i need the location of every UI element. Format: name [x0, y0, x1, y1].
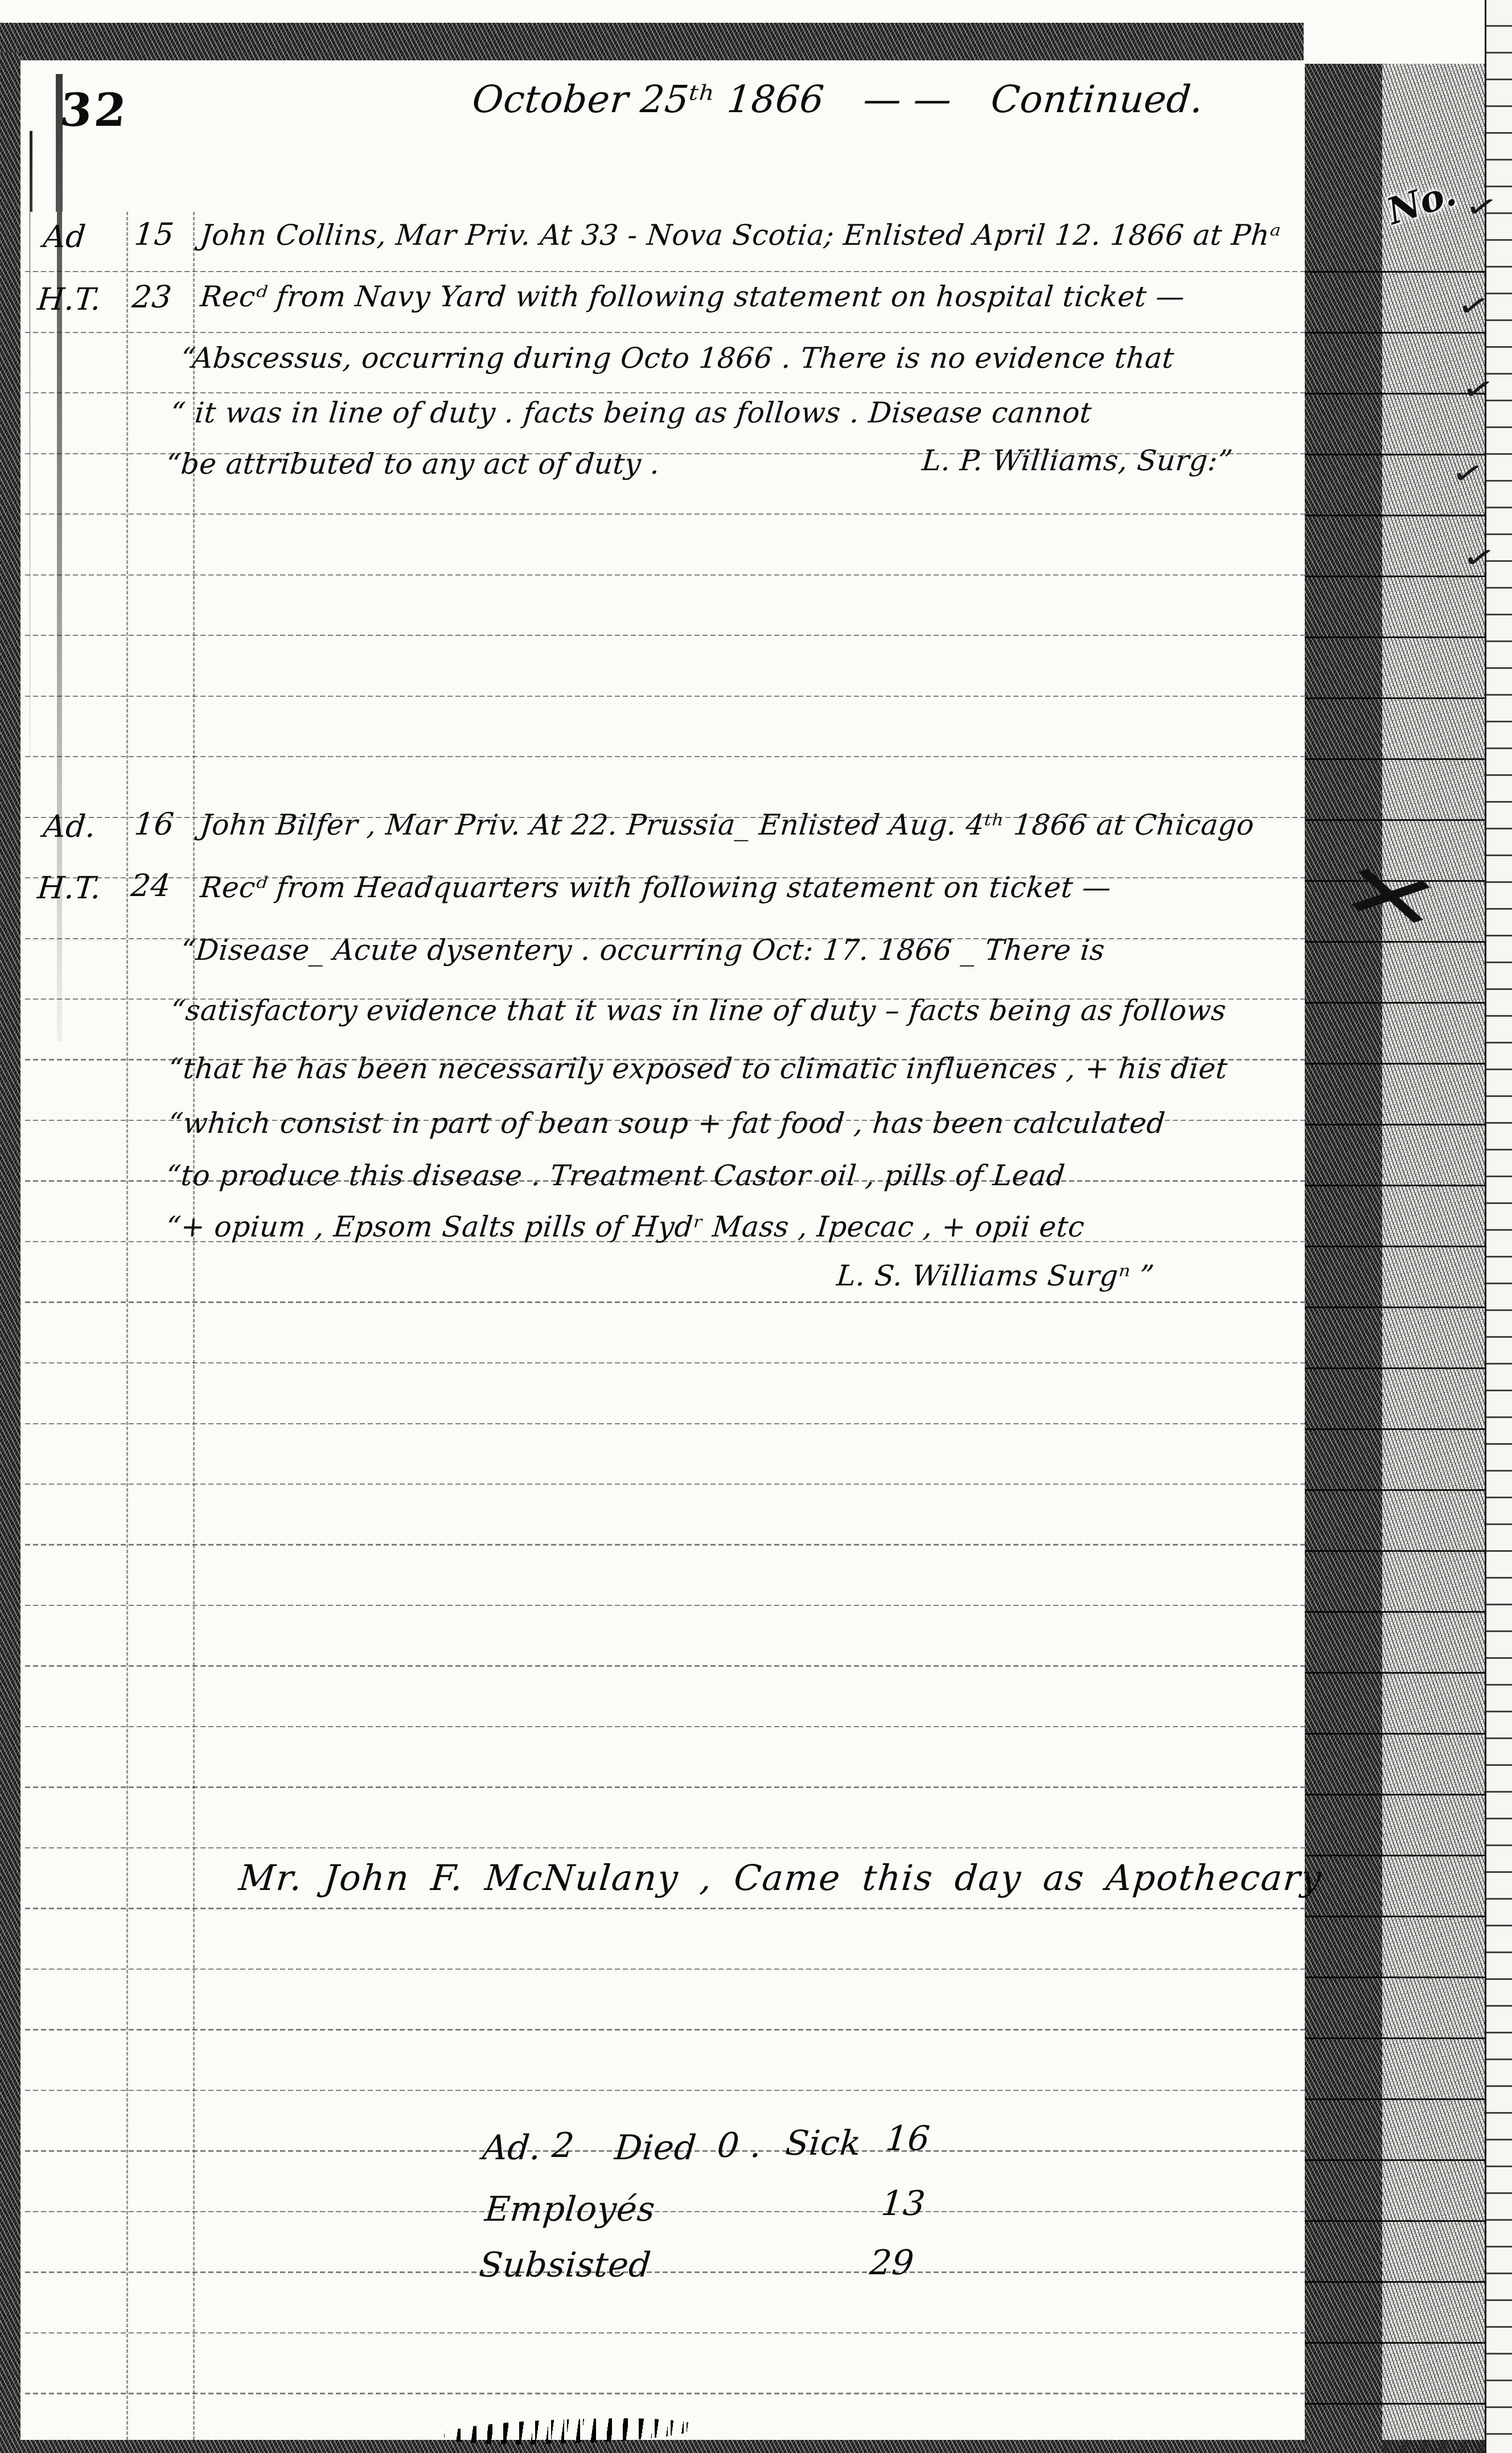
header-date-line: October 25ᵗʰ 1866 — — Continued.: [471, 77, 1205, 121]
entry-line: “Disease_ Acute dysentery . occurring Oc…: [179, 934, 1106, 967]
entry-line: John Collins, Mar Priv. At 33 - Nova Sco…: [199, 219, 1282, 252]
summary-died-label: Died: [613, 2128, 698, 2168]
summary-sick-value: 16: [884, 2119, 931, 2159]
summary-died-value: 0 .: [716, 2126, 763, 2166]
header-separator: — —: [862, 77, 954, 121]
summary-employes-value: 13: [880, 2184, 927, 2224]
scan-edge-top: [0, 23, 1304, 60]
facing-page-edge: [1485, 0, 1512, 2453]
entry-line: “ it was in line of duty . facts being a…: [169, 396, 1093, 429]
column-divider: [126, 212, 128, 2440]
entry-line: Recᵈ from Navy Yard with following state…: [199, 280, 1186, 313]
entry-line: Recᵈ from Headquarters with following st…: [199, 871, 1112, 904]
entry-line: “that he has been necessarily exposed to…: [167, 1052, 1228, 1085]
admission-number: 15: [133, 216, 175, 252]
summary-subsisted-label: Subsisted: [478, 2245, 653, 2285]
apothecary-note: Mr. John F. McNulany , Came this day as …: [237, 1857, 1324, 1899]
register-page: No. ✓ ✓ ✓ ✓ ✓ ✕ 32 October 25ᵗʰ 1866 — —…: [0, 0, 1512, 2453]
surgeon-signature: L. S. Williams Surgⁿ ”: [835, 1259, 1156, 1292]
check-mark-icon: ✓: [1449, 453, 1487, 494]
entry-line: “Abscessus, occurring during Octo 1866 .…: [179, 342, 1176, 375]
entry-line: John Bilfer , Mar Priv. At 22. Prussia_ …: [199, 808, 1255, 841]
admission-label: Ad: [42, 219, 87, 254]
summary-admitted-label: Ad.: [481, 2128, 543, 2168]
scan-edge-bottom: [0, 2440, 1512, 2453]
check-mark-icon: ✓: [1460, 537, 1498, 578]
ticket-number: 23: [130, 279, 173, 315]
column-divider: [193, 212, 195, 2440]
ticket-label: H.T.: [36, 870, 102, 906]
summary-sick-label: Sick: [784, 2123, 862, 2163]
check-mark-icon: ✓: [1462, 187, 1501, 227]
ruled-lines: [25, 212, 1305, 2440]
admission-number: 16: [133, 806, 175, 842]
ticket-label: H.T.: [36, 281, 102, 317]
check-mark-icon: ✓: [1455, 286, 1493, 326]
page-number: 32: [58, 83, 131, 137]
entry-line: “to produce this disease . Treatment Cas…: [165, 1159, 1066, 1192]
header-date: October 25ᵗʰ 1866: [471, 77, 826, 121]
ticket-number: 24: [129, 868, 172, 903]
scan-edge-left: [0, 52, 20, 2453]
entry-line: “+ opium , Epsom Salts pills of Hydʳ Mas…: [165, 1210, 1086, 1243]
entry-line: “satisfactory evidence that it was in li…: [169, 994, 1227, 1027]
check-mark-icon: ✓: [1459, 369, 1497, 409]
gutter-grid-lines: [1305, 212, 1485, 2440]
entry-line: “which consist in part of bean soup + fa…: [167, 1107, 1166, 1140]
surgeon-signature: L. P. Williams, Surg:”: [921, 444, 1234, 477]
header-continued: Continued.: [989, 77, 1205, 121]
admission-label: Ad.: [42, 808, 97, 844]
entry-line: “be attributed to any act of duty .: [165, 447, 661, 480]
summary-admitted-value: 2: [550, 2126, 576, 2166]
summary-subsisted-value: 29: [868, 2243, 915, 2283]
summary-employes-label: Employés: [483, 2189, 657, 2229]
